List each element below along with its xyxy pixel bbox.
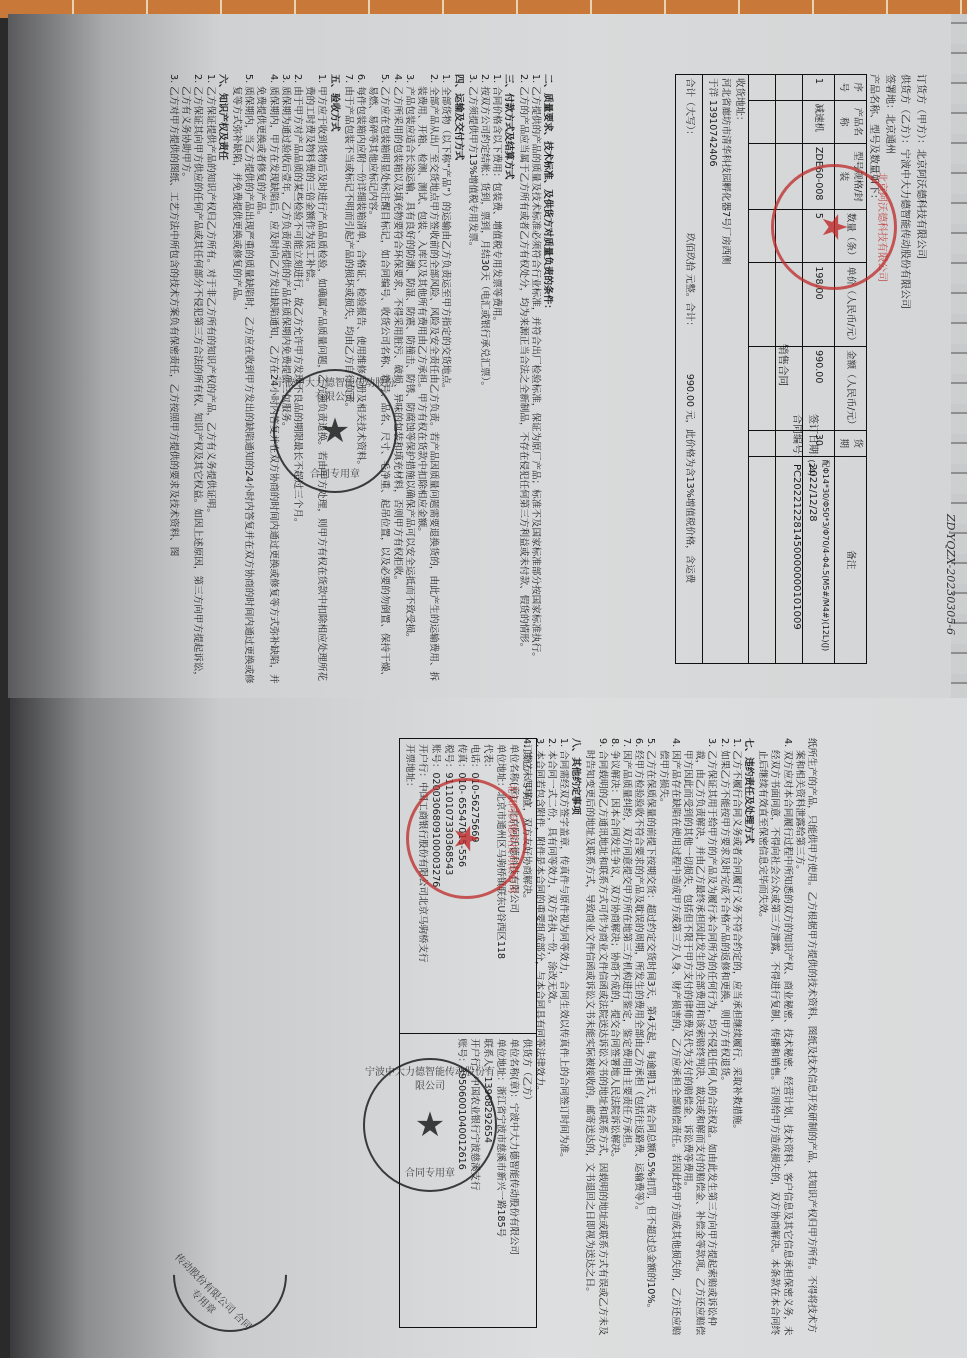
clause-item: 纸所生产的产品，只能供甲方使用。乙方根据甲方提供的技术资料、图纸及技术信息开发研… [793,738,817,1338]
delivery-address: 河北省廊坊市清华科技园孵化器7号厂房西侧 [721,78,732,265]
seller-seal-page1: 宁波中大力德智能传动股份有限公司 ★ 合同专用章 [273,369,397,493]
col-remark: 备注 [835,456,867,663]
col-name: 产品名称 [835,100,867,144]
table-row: 1 减速机 ZDE60-008 5 198.00 990.00 30 配Φ14*… [803,75,835,664]
buyer-line: 订货方（甲方）：北京阿沃德科技有限公司 [914,74,928,474]
clause-item: 1. 全部货物（以下称“产品”）的运输由乙方负责运至甲方指定的交货地点。 [439,74,451,684]
contract-page-1: 销售合同 订货方（甲方）：北京阿沃德科技有限公司 供货方（乙方）：宁波中大力德智… [8,14,967,698]
clause-item: 4. 因产品存在缺陷在使用过程中造成甲方或第三方人身、财产损害的，乙方应承担全部… [656,738,680,1338]
clause-item: 3. 乙方须提供甲方13%增值税专用发票。 [466,74,478,684]
clause-item: 6. 经甲方检验验收不符合要求的产品及耽误的周期，所发生的费用全部由乙方承担（包… [632,738,644,1338]
items-table: 序号 产品名称 型号规格/封装 数量（条） 单价（人民币/元） 金额（人民币/元… [676,74,868,664]
clause-heading: 八、其他约定事项 [569,738,581,1338]
clause-item: 2. 全部产品从出厂至交货地点甲方签收前的全部风险、风险及安全责任由乙方负责。若… [415,74,439,684]
cell-name: 减速机 [803,100,835,144]
clause-item: 3. 乙方保证其用于给甲方的产品及为履行本合同所为的任何行为，均不侵犯任何人的合… [681,738,718,1338]
star-icon: ★ [320,414,350,448]
total-row: 合计（大写）： 玖佰玖拾 元整。合计： 990.00 元，此价格为含13%增值税… [676,75,703,664]
clause-item: 3. 产品包装应适合长途运输，具有良好的防潮、防湿、防震、防撞击、防锈、防腐蚀等… [403,74,415,684]
partial-seal: 传动股份有限公司 合同专用章 [149,1194,310,1355]
clause-heading: 二、质量要求、技术标准、及供货方对质量负责的条件： [541,74,553,684]
clause-heading: 四、运输及交付方式 [451,74,463,684]
cell-lead: 30 [803,430,835,456]
total-label: 合计（大写）： [684,78,695,140]
star-icon: ★ [817,212,851,242]
clause-item: 4. 双方应对本合同履行过程中所知悉的双方的知识产权、商业秘密、技术秘密、经营计… [756,738,793,1338]
total-note: 元，此价格为含13%增值税价格，含运费 [684,410,695,583]
clause-item: 9. 合同载明的乙方通讯地址和联系方式可作为商业文件信函或法院送达诉讼文书的地址… [583,738,607,1338]
clause-item: 2. 本合同一式二份，具有同等效力，双方各执一份，涂改无效。 [545,738,557,1338]
clause-heading: 六、知识产权及责任 [216,74,228,684]
clause-item: 1. 乙方提供的产品的质量及技术标准必须符合行业标准，并符合出厂检验标准，保证为… [529,74,541,684]
table-header-row: 序号 产品名称 型号规格/封装 数量（条） 单价（人民币/元） 金额（人民币/元… [835,75,867,664]
clause-item: 1. 合同需经双方签字盖章，传真件与原件视为同等效力，合同生效以传真件上的合同签… [557,738,569,1338]
cell-no: 1 [803,75,835,101]
total-words: 玖佰玖拾 元整。合计： [684,233,695,331]
clause-heading: 七、违约责任及处理方式 [742,738,754,1338]
clause-item: 3. 乙方对甲方提供的图纸、工艺方法中所包含的技术方案负有保密责任，乙方按照甲方… [167,74,179,684]
clause-heading: 三、付款方式及结算方式 [502,74,514,684]
seller-line: 供货方（乙方）：宁波中大力德智能传动股份有限公司 [898,74,912,474]
clause-item: 5. 质保期内，当乙方提供的产品出现严重的质量缺陷时，乙方应在收到甲方发出的缺陷… [230,74,254,684]
clause-item: 2. 乙方的产品应当属于乙方所有或者乙方有权处分，均为来源正当合法之全新制品，不… [516,74,528,684]
col-no: 序号 [835,75,867,101]
delivery-contact: 于洋 13910742406 [707,78,718,167]
clauses-page-2: 纸所生产的产品，只能供甲方使用。乙方根据甲方提供的技术资料、图纸及技术信息开发研… [520,738,817,1338]
clause-item: 1. 乙方保证提供产品的知识产权归乙方所有。对于非乙方所有的知识产权的产品，乙方… [203,74,215,684]
clause-item: 5. 乙方在保质保量的前提下按期交货：超过约定交货时间3天，第4天起，每逾期1天… [644,738,656,1338]
table-row [749,75,776,664]
clause-item: 1. 合同价格含以下费用：包装费、增值税专用发票等费用。 [490,74,502,684]
col-amount: 金额（人民币/元） [835,347,867,431]
star-icon: ★ [415,1108,445,1142]
delivery-label: 收货地址： [734,78,745,126]
buyer-red-seal: 北京阿沃德科技有限公司 ★ [771,164,897,290]
contract-page-2: 纸所生产的产品，只能供甲方使用。乙方根据甲方提供的技术资料、图纸及技术信息开发研… [10,698,967,1358]
items-table-wrap: 序号 产品名称 型号规格/封装 数量（条） 单价（人民币/元） 金额（人民币/元… [676,74,868,664]
clause-item: 2. 如果乙方不能按甲方要求及时完成不合格产品的返修和更换，则甲方有权退货。 [717,738,729,1338]
col-lead: 货期 [835,430,867,456]
star-icon: ★ [450,823,484,853]
clause-item: 2. 乙方保证其向甲方供应的任何产品或其任何部分不侵犯第三方合法的所有权、知识产… [179,74,203,684]
delivery-row: 收货地址： 河北省廊坊市清华科技园孵化器7号厂房西侧 于洋 1391074240… [703,75,749,664]
cell-amount: 990.00 [803,347,835,431]
table-row [776,75,803,664]
cell-remark: 配Φ14*30/Φ50*3/Φ70/4-Φ4.5(M5#/M4#)(12L)(J… [803,456,835,663]
clause-item: 7. 因产品质量纠纷，双方同意提交甲方所在地第三方机构进行鉴定，鉴定费用由主要责… [620,738,632,1338]
clause-item: 2. 按双方公司约定结帐：货到，票到，月结30天（电汇或银行承兑汇票）。 [478,74,490,684]
seller-seal-page2: 宁波中大力德智能传动股份有限公司 ★ 合同专用章 [363,1058,497,1192]
buyer-red-seal-page2: 北京阿沃德科技有限公司 ★ [406,778,527,899]
handwritten-note: ZD-YQZX-20230305-6 [944,514,958,635]
clause-item: 8. 争议解决：因本合同发生争议，双方协商解决；协商不成的，提交合同签署地人民法… [608,738,620,1338]
total-amount: 990.00 [684,374,695,407]
clause-item: 1. 乙方不履行合同义务或者合同履行义务不符合约定的，应当承担继续履行、采取补救… [730,738,742,1338]
